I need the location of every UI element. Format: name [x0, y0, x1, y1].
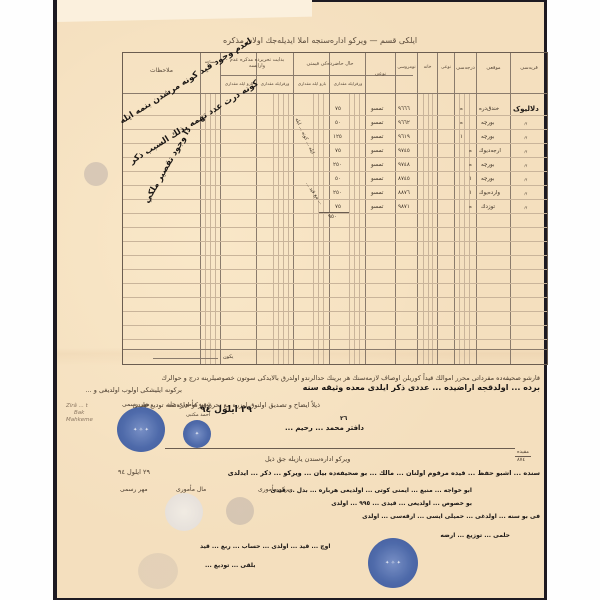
signer-name: دافتر محمد ... رحیم ... [285, 424, 364, 432]
pencil-annotation: Zirâ ... t Bak Mahkeme [66, 403, 93, 424]
cell-mevkii: توزدك [481, 204, 495, 210]
cell-type: تمسو [371, 162, 383, 168]
bottom-note-line-2: بلقی ... تودیع ... [205, 562, 255, 569]
row-line [123, 269, 547, 270]
row-line [123, 171, 547, 172]
cell-derece: ١ [469, 190, 472, 196]
cell-karyesi: 〃 [523, 190, 529, 198]
second-section-line-4: فی بو سنه ... اولدغی ... حمیلی ایسی ... … [362, 513, 540, 520]
cell-karyesi: 〃 [523, 134, 529, 142]
row-line [123, 185, 547, 186]
cell-number: ٩٦١٩ [398, 134, 410, 140]
cell-derece: ه [469, 148, 472, 154]
certification-line-2: برکونه ایلیشکی اولوب اولدیغی و ... [86, 386, 182, 394]
row-line [123, 157, 547, 158]
register-table: ملاحظات مساحه بدایت تحریرده مذکره عدم وا… [122, 52, 548, 365]
header-col5: خانه [418, 65, 437, 70]
header-type: نوعی [366, 71, 395, 77]
cell-karyesi: دلالیوک [513, 105, 539, 113]
sub-col [423, 93, 424, 364]
col-divider [329, 53, 330, 364]
sub-col [469, 93, 470, 364]
cell-type: تمسو [371, 176, 383, 182]
certification-line-1: قارشو صحیفه‌ده مفرداتی محرر اموالك قیداً… [161, 374, 540, 382]
sub-col [432, 93, 433, 364]
cell-derece: ١ [469, 176, 472, 182]
cell-value: ٥٠ [335, 176, 341, 182]
pencil-line: Zirâ ... t [66, 403, 93, 410]
cell-derece: ١ [460, 134, 463, 140]
label-official-seal: مهر رسمی [120, 486, 148, 493]
col-divider [417, 53, 418, 364]
row-line [123, 199, 547, 200]
row-line [123, 325, 547, 326]
cell-type: تمسو [371, 190, 383, 196]
row-line [123, 143, 547, 144]
pale-seal-stamp [165, 493, 203, 531]
faint-seal-stamp [138, 553, 178, 589]
second-section-line-3: بو خصوص ... اولدیغی ... قیدی ... ٩٩٥ ...… [331, 500, 472, 507]
sub-col [215, 93, 216, 364]
sub-col [288, 93, 289, 364]
col-divider [437, 53, 438, 364]
header-current-sub2: بازو ایله مقداری [294, 81, 330, 86]
sub-col [205, 93, 206, 364]
seal-inscription: ✦ [183, 420, 211, 448]
cell-mevkii: بورچه [481, 176, 494, 182]
cell-number: ٩٨٧١ [398, 204, 410, 210]
seal-inscription: ✦ ✧ ✦ [368, 538, 418, 588]
col-divider [476, 53, 477, 364]
branch-seal-stamp: ✦ [183, 420, 211, 448]
second-section-heading: ویرکو ادارەسندن یازیله جق ذیل [265, 455, 350, 463]
col-divider [256, 53, 257, 364]
row-line [123, 297, 547, 298]
sum-line [319, 212, 349, 213]
row-line [123, 339, 547, 340]
sub-col [273, 93, 274, 364]
sub-col [349, 93, 350, 364]
cell-number: ٨٧٤٥ [398, 176, 410, 182]
total-line [153, 358, 218, 359]
cell-value: ٧٥ [335, 148, 341, 154]
cell-value: ٥٠ [335, 120, 341, 126]
header-derecesi: درجه‌سی [455, 65, 476, 71]
header-number: نومروسی [396, 65, 417, 70]
row-line [123, 255, 547, 256]
row-line [123, 241, 547, 242]
blue-seal-stamp: ✦ ✧ ✦ [368, 538, 418, 588]
cell-number: ٩٦٦٦ [398, 106, 410, 112]
cell-number: ٩٧٤٥ [398, 148, 410, 154]
sub-col [318, 93, 319, 364]
cell-number: ٩٧٤٨ [398, 162, 410, 168]
second-section-line-2: ابو خواجه ... منبع ... ایمنی کوتی ... او… [270, 487, 472, 494]
cell-mevkii: واردەیوك [479, 190, 500, 196]
header-current: حال حاضرده‌کی قیمتی [294, 61, 366, 67]
pencil-line: Mahkeme [66, 417, 93, 424]
cell-mevkii: خندق‌دره [479, 106, 499, 112]
official-seal-stamp: ✦ ✧ ✦ [117, 407, 165, 452]
faint-seal-stamp [84, 162, 108, 186]
ref-number-bottom: ٨٧٤ [517, 457, 525, 463]
cell-derece: ه [469, 162, 472, 168]
seal-inscription: ✦ ✧ ✦ [117, 407, 165, 452]
cell-karyesi: 〃 [523, 176, 529, 184]
cell-value: ٢٥٠ [333, 162, 342, 168]
header-bottom [123, 93, 547, 94]
cell-type: تمسو [371, 148, 383, 154]
sub-col [428, 93, 429, 364]
cell-type: تمسو [371, 120, 383, 126]
row-line [123, 115, 547, 116]
col-divider [200, 53, 201, 364]
sub-col [359, 93, 360, 364]
cell-mevkii: ارجەدیوك [479, 148, 501, 154]
header-previous-sub1: ورقرایله مقداری [257, 81, 293, 86]
header-mevkii: موقعی [477, 65, 510, 71]
cell-value: ١٢٥ [333, 134, 342, 140]
cell-type: تمسو [371, 134, 383, 140]
sub-col [283, 93, 284, 364]
sub-col [464, 93, 465, 364]
header-previous: بدایت تحریرده مذکره عدم وارایسه [221, 57, 293, 69]
cell-value: ٢٥٠ [333, 190, 342, 196]
cell-mevkii: بورچه [481, 162, 494, 168]
second-section-line-1: سنده ... اشبو حفظ ... قیده مرقوم اولنان … [228, 469, 540, 477]
sub-col [354, 93, 355, 364]
cell-karyesi: 〃 [523, 204, 529, 212]
col-divider [293, 53, 294, 364]
header-col4: نوعی [438, 65, 454, 70]
row-line [123, 227, 547, 228]
sub-col [210, 93, 211, 364]
pencil-line: Bak [66, 410, 93, 417]
row-line [123, 283, 547, 284]
cell-mevkii: بورچه [481, 120, 494, 126]
total-row-line [123, 349, 547, 350]
row-line [123, 311, 547, 312]
header-karyesi: قریه‌سی [511, 65, 547, 71]
cell-karyesi: 〃 [523, 162, 529, 170]
cell-derece: ه [469, 204, 472, 210]
sub-col [323, 93, 324, 364]
handwritten-addition: برده ... اولدقجه اراضیده ... عددی ذکر ای… [303, 383, 540, 392]
col-divider [510, 53, 511, 364]
col-divider [395, 53, 396, 364]
sub-col [278, 93, 279, 364]
cell-derece: ه [460, 106, 463, 112]
branch-official-label: شعبه مأموری جلد [167, 401, 212, 408]
bottom-note-line-1: اوچ ... قید ... اولدی ... حساب ... ربع .… [200, 543, 330, 550]
sub-col [313, 93, 314, 364]
cell-value: ٧٥ [335, 106, 341, 112]
cell-type: تمسو [371, 106, 383, 112]
label-finance-officer: مال مأموری [176, 486, 206, 493]
cell-value: ٧٥ [335, 204, 341, 210]
second-section-line-5: حلمی ... توزیع ... ارضه [440, 532, 510, 539]
branch-official-name: احمد مکتبی [186, 412, 210, 418]
col-divider [365, 53, 366, 364]
col-divider [454, 53, 455, 364]
header-current-sub1: ورقرایله مقداری [330, 81, 366, 86]
total-label: یکون [223, 354, 233, 360]
ref-number-top: مقیده [517, 449, 529, 455]
cell-karyesi: 〃 [523, 120, 529, 128]
signer-number: ٢٦ [340, 415, 347, 422]
table-total: ٩٥٠ [328, 214, 337, 220]
cell-karyesi: 〃 [523, 148, 529, 156]
cell-number: ٩٦٦٢ [398, 120, 410, 126]
section-divider [165, 448, 515, 449]
second-section-date: ٢٩ ایلول ٩٤ [118, 468, 150, 476]
cell-number: ٨٨٧٦ [398, 190, 410, 196]
cell-type: تمسو [371, 204, 383, 210]
cell-mevkii: بورچه [481, 134, 494, 140]
faint-seal-stamp [226, 497, 254, 525]
cell-derece: ه [460, 120, 463, 126]
